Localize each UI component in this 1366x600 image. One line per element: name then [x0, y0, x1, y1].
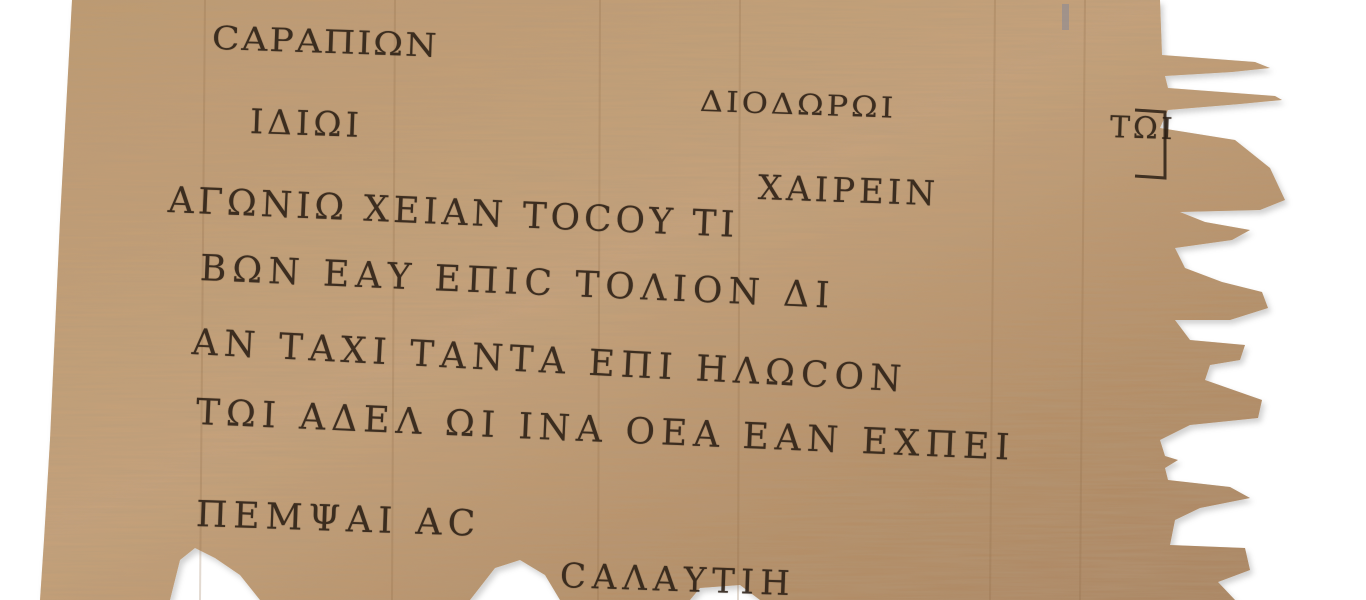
- papyrus-text-line-12: ϹΑΛΑΥΤΙΗ: [559, 556, 796, 600]
- papyrus-text-line-2: ΔΙΟΔΩΡΩΙ: [699, 84, 896, 125]
- papyrus-text-line-5: ΧΑΙΡΕΙΝ: [757, 168, 939, 214]
- papyrus-text-line-4: ΙΔΙΩΙ: [249, 102, 363, 146]
- papyrus-text-line-3: ΤΩΙ: [1109, 110, 1176, 147]
- papyrus-text-line-1: ϹΑΡΑΠΙΩΝ: [211, 20, 439, 65]
- photo-stage: ϹΑΡΑΠΙΩΝ ΔΙΟΔΩΡΩΙ ΤΩΙ ΙΔΙΩΙ ΧΑΙΡΕΙΝ ΑΓΩΝ…: [0, 0, 1366, 600]
- stain-mark: [1062, 4, 1069, 30]
